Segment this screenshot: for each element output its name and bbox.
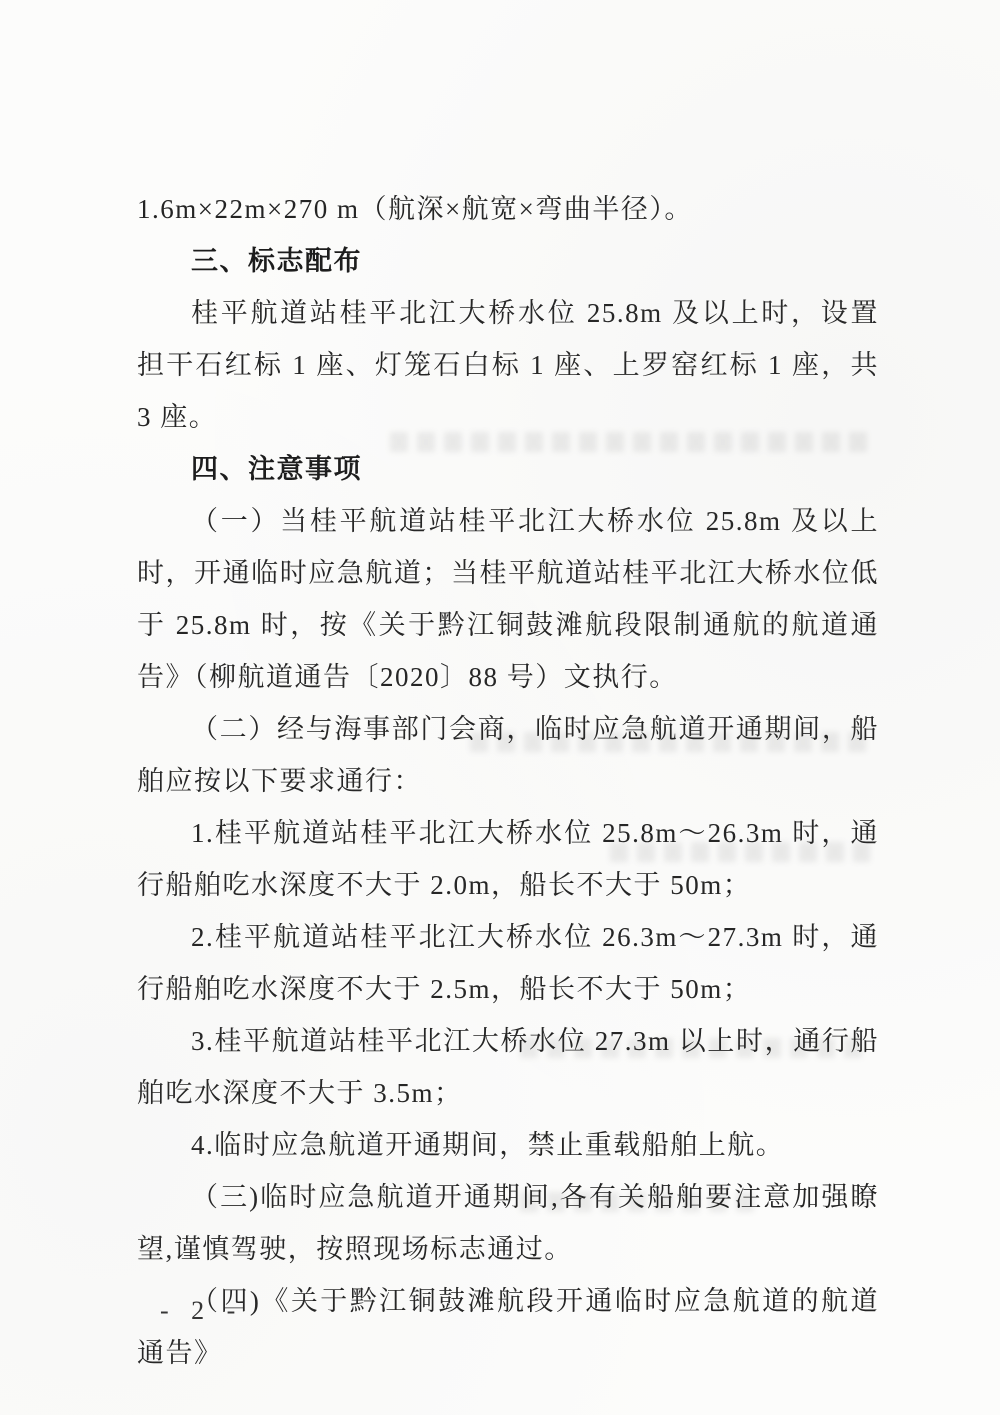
- page-number: - 2 -: [160, 1296, 243, 1326]
- paragraph-note-1: （一）当桂平航道站桂平北江大桥水位 25.8m 及以上时，开通临时应急航道；当桂…: [137, 495, 879, 703]
- paragraph-note-2: （二）经与海事部门会商，临时应急航道开通期间，船舶应按以下要求通行：: [137, 703, 879, 807]
- paragraph-note-4: （四)《关于黔江铜鼓滩航段开通临时应急航道的航道通告》: [137, 1275, 879, 1379]
- paragraph-rule-4: 4.临时应急航道开通期间，禁止重载船舶上航。: [137, 1119, 879, 1171]
- paragraph-marks-setup: 桂平航道站桂平北江大桥水位 25.8m 及以上时，设置担干石红标 1 座、灯笼石…: [137, 287, 879, 443]
- paragraph-rule-3: 3.桂平航道站桂平北江大桥水位 27.3m 以上时，通行船舶吃水深度不大于 3.…: [137, 1015, 879, 1119]
- document-body: 1.6m×22m×270 m（航深×航宽×弯曲半径）。 三、标志配布 桂平航道站…: [137, 183, 879, 1379]
- paragraph-rule-2: 2.桂平航道站桂平北江大桥水位 26.3m～27.3m 时，通行船舶吃水深度不大…: [137, 911, 879, 1015]
- section-heading-4-notes: 四、注意事项: [137, 443, 879, 495]
- paragraph-note-3: （三)临时应急航道开通期间,各有关船舶要注意加强瞭望,谨慎驾驶，按照现场标志通过…: [137, 1171, 879, 1275]
- section-heading-3-marks: 三、标志配布: [137, 235, 879, 287]
- paragraph-dimensions-continuation: 1.6m×22m×270 m（航深×航宽×弯曲半径）。: [137, 183, 879, 235]
- paragraph-rule-1: 1.桂平航道站桂平北江大桥水位 25.8m～26.3m 时，通行船舶吃水深度不大…: [137, 807, 879, 911]
- document-page: 1.6m×22m×270 m（航深×航宽×弯曲半径）。 三、标志配布 桂平航道站…: [0, 0, 1000, 1415]
